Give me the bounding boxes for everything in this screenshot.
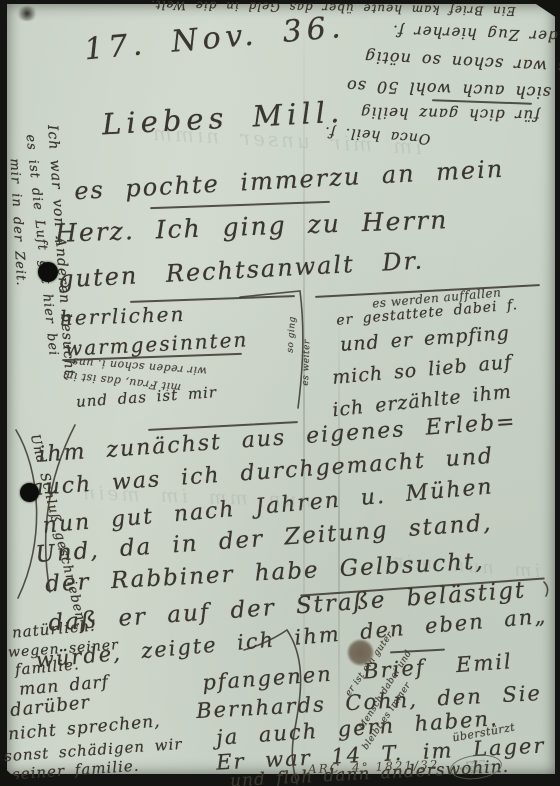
letter-scan-page: im mir unser nimm nun mm im mein im nun … (0, 0, 560, 786)
punch-hole (20, 483, 39, 502)
punch-hole (38, 262, 58, 282)
page-corner-wedge (0, 764, 24, 786)
library-stamp-line: ירושלים (470, 769, 483, 775)
ink-smudge (16, 6, 38, 21)
inverted-note: für dich ganz heilig (360, 104, 540, 122)
stain-blob (347, 639, 374, 666)
left-column-line: herrlichen (60, 304, 186, 328)
page-corner-wedge (530, 0, 560, 20)
micro-note: es weiter (302, 339, 313, 386)
